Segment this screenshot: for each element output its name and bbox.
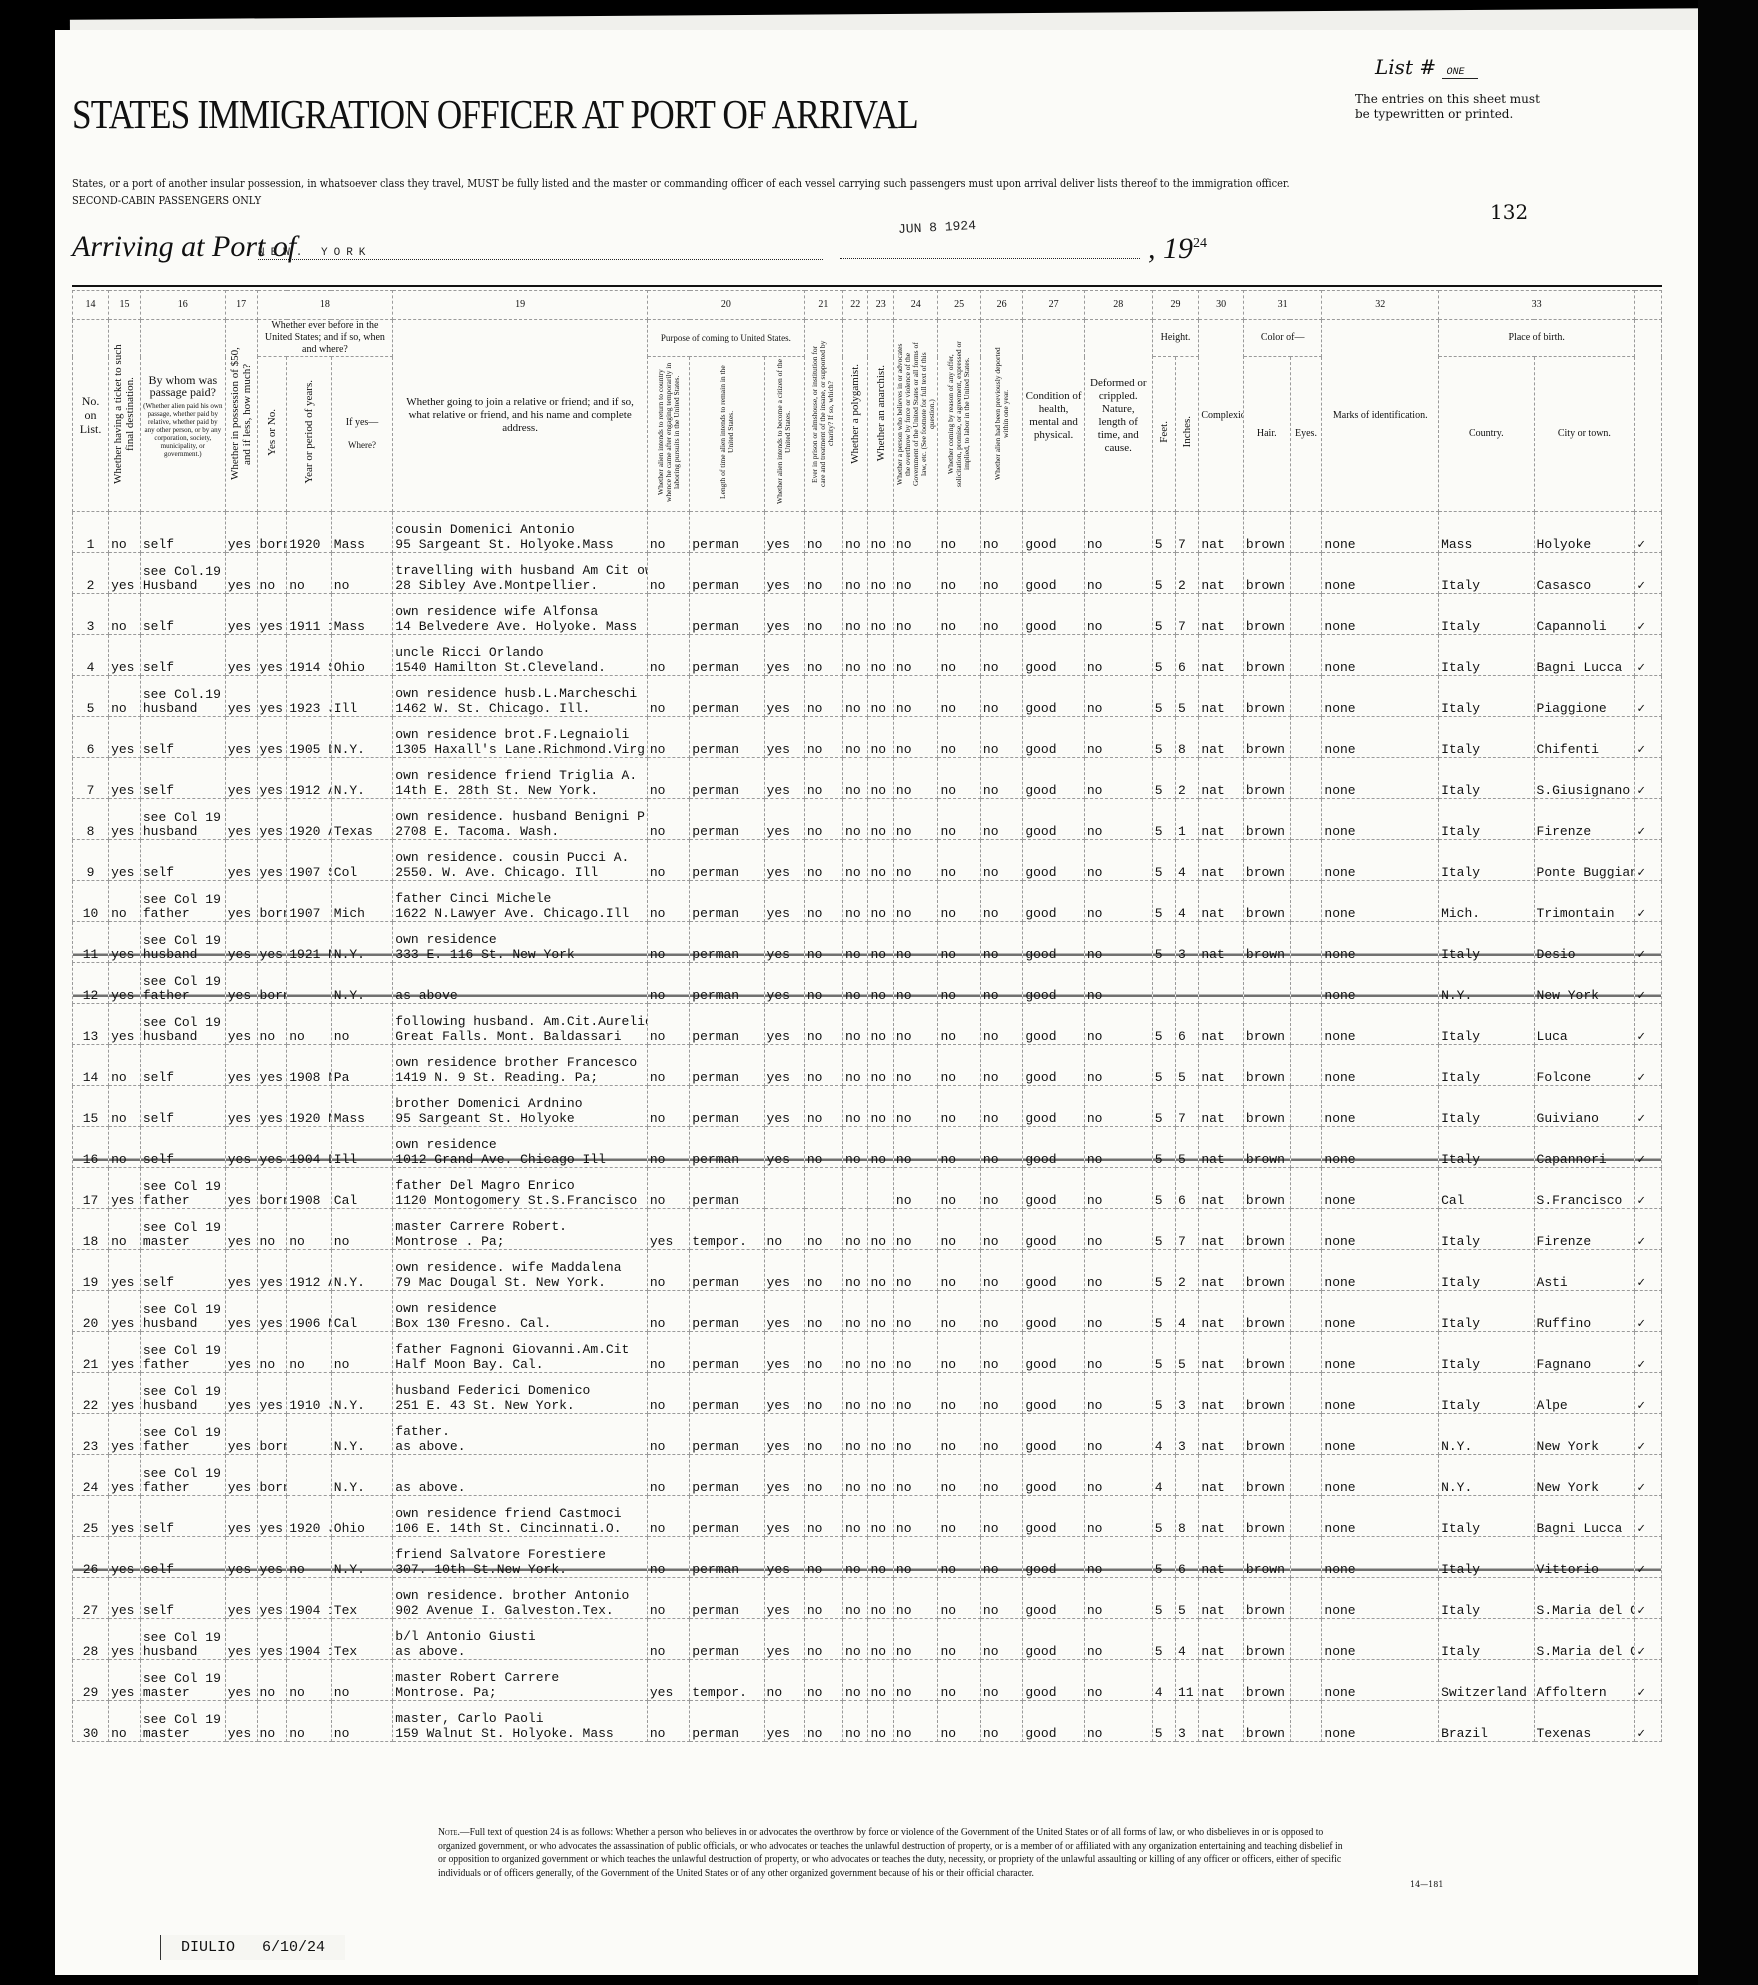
complexion-cell: nat: [1199, 553, 1244, 594]
ever-before-cell: yes: [257, 1537, 287, 1578]
prison-cell: no: [804, 1496, 842, 1537]
polygamist-cell: no: [843, 1578, 868, 1619]
ticket-cell: yes: [109, 922, 141, 963]
overthrow-cell: no: [893, 1127, 938, 1168]
inches-cell: 3: [1176, 1414, 1199, 1455]
city-cell: Guiviano: [1534, 1086, 1635, 1127]
feet-cell: 5: [1152, 1373, 1175, 1414]
anarchist-cell: no: [868, 1619, 893, 1660]
fifty-dollars-cell: yes: [225, 1496, 257, 1537]
health-cell: good: [1023, 799, 1085, 840]
labor-offer-cell: no: [938, 1496, 980, 1537]
feet-cell: 5: [1152, 1250, 1175, 1291]
column-header-row: No. on List. Whether having a ticket to …: [73, 320, 1662, 357]
inches-cell: 3: [1176, 1373, 1199, 1414]
deported-cell: no: [980, 1414, 1022, 1455]
polygamist-cell: no: [843, 1660, 868, 1701]
eyes-cell: [1290, 881, 1322, 922]
year-cell: 1908: [287, 1168, 332, 1209]
return-cell: yes: [647, 1660, 689, 1701]
deformed-cell: no: [1084, 1537, 1152, 1578]
where-cell: N.Y.: [331, 1250, 393, 1291]
return-cell: no: [647, 1619, 689, 1660]
inches-cell: 4: [1176, 840, 1199, 881]
list-number: List # ONE: [1375, 55, 1478, 79]
citizen-cell: yes: [764, 881, 804, 922]
ever-before-cell: no: [257, 1332, 287, 1373]
length-cell: perman: [690, 1127, 764, 1168]
hair-cell: brown: [1243, 1045, 1290, 1086]
anarchist-cell: no: [868, 1537, 893, 1578]
anarchist-cell: no: [868, 635, 893, 676]
feet-cell: 5: [1152, 758, 1175, 799]
length-cell: perman: [690, 1414, 764, 1455]
join-relative-cell: father Cinci Michele1622 N.Lawyer Ave. C…: [393, 881, 648, 922]
polygamist-cell: no: [843, 553, 868, 594]
citizen-cell: yes: [764, 676, 804, 717]
country-cell: Italy: [1439, 1332, 1534, 1373]
ever-before-cell: yes: [257, 1578, 287, 1619]
city-cell: Capannori: [1534, 1127, 1635, 1168]
citizen-cell: yes: [764, 922, 804, 963]
year-cell: [287, 1414, 332, 1455]
year-cell: 1908 Nov 1923: [287, 1045, 332, 1086]
ticket-cell: yes: [109, 717, 141, 758]
hair-cell: brown: [1243, 1291, 1290, 1332]
deported-cell: no: [980, 1332, 1022, 1373]
marks-cell: none: [1322, 1209, 1439, 1250]
paid-by-cell: self: [140, 1537, 225, 1578]
eyes-cell: [1290, 676, 1322, 717]
hair-cell: brown: [1243, 1455, 1290, 1496]
check-mark-icon: ✓: [1635, 1578, 1662, 1619]
col-num-21: 21: [804, 291, 842, 320]
citizen-cell: no: [764, 1209, 804, 1250]
inches-cell: 5: [1176, 1578, 1199, 1619]
country-cell: Mich.: [1439, 881, 1534, 922]
return-cell: no: [647, 881, 689, 922]
table-row: 7yesselfyesyes1912 Aug 1923N.Y.own resid…: [73, 758, 1662, 799]
paid-by-cell: see Col 19father: [140, 1332, 225, 1373]
header-marks: Marks of identification.: [1322, 320, 1439, 512]
labor-offer-cell: no: [938, 1414, 980, 1455]
length-cell: perman: [690, 1045, 764, 1086]
anarchist-cell: no: [868, 1578, 893, 1619]
inches-cell: 7: [1176, 594, 1199, 635]
fifty-dollars-cell: yes: [225, 1414, 257, 1455]
feet-cell: 5: [1152, 1168, 1175, 1209]
marks-cell: none: [1322, 1414, 1439, 1455]
anarchist-cell: no: [868, 512, 893, 553]
complexion-cell: nat: [1199, 512, 1244, 553]
table-row: 30nosee Col 19masteryesnononomaster, Car…: [73, 1701, 1662, 1742]
table-row: 18nosee Col 19masteryesnononomaster Carr…: [73, 1209, 1662, 1250]
health-cell: good: [1023, 1701, 1085, 1742]
header-feet: Feet.: [1152, 357, 1175, 512]
labor-offer-cell: no: [938, 676, 980, 717]
join-relative-cell: following husband. Am.Cit.AurelioGreat F…: [393, 1004, 648, 1045]
year-cell: 1907 Sept 1923: [287, 840, 332, 881]
fifty-dollars-cell: yes: [225, 922, 257, 963]
anarchist-cell: no: [868, 799, 893, 840]
header-deported: Whether alien had been previously deport…: [980, 320, 1022, 512]
overthrow-cell: no: [893, 1578, 938, 1619]
country-cell: Italy: [1439, 594, 1534, 635]
polygamist-cell: no: [843, 1373, 868, 1414]
header-country: Country.: [1439, 357, 1534, 512]
anarchist-cell: no: [868, 1250, 893, 1291]
ticket-cell: yes: [109, 963, 141, 1004]
eyes-cell: [1290, 1455, 1322, 1496]
header-labor-offer: Whether coming by reason of any offer, s…: [938, 320, 980, 512]
table-row: 4yesselfyesyes1914 Sept 1923Ohiouncle Ri…: [73, 635, 1662, 676]
citizen-cell: yes: [764, 1086, 804, 1127]
ticket-cell: yes: [109, 1373, 141, 1414]
eyes-cell: [1290, 758, 1322, 799]
citizen-cell: yes: [764, 1291, 804, 1332]
where-cell: Mass: [331, 512, 393, 553]
hair-cell: brown: [1243, 881, 1290, 922]
anarchist-cell: no: [868, 1004, 893, 1045]
complexion-cell: nat: [1199, 1537, 1244, 1578]
paid-by-cell: self: [140, 1250, 225, 1291]
year-cell: 1907: [287, 881, 332, 922]
col-num-19: 19: [393, 291, 648, 320]
entries-notice: The entries on this sheet must be typewr…: [1355, 92, 1540, 122]
eyes-cell: [1290, 1127, 1322, 1168]
feet-cell: 5: [1152, 635, 1175, 676]
inches-cell: 3: [1176, 1701, 1199, 1742]
anarchist-cell: no: [868, 594, 893, 635]
length-cell: tempor.: [690, 1209, 764, 1250]
inches-cell: 5: [1176, 1045, 1199, 1086]
table-row: 10nosee Col 19fatheryesborn in1907Michfa…: [73, 881, 1662, 922]
fifty-dollars-cell: yes: [225, 1004, 257, 1045]
check-mark-icon: ✓: [1635, 1209, 1662, 1250]
check-mark-icon: ✓: [1635, 1127, 1662, 1168]
ever-before-cell: no: [257, 1660, 287, 1701]
feet-cell: 5: [1152, 717, 1175, 758]
complexion-cell: nat: [1199, 1209, 1244, 1250]
deformed-cell: no: [1084, 963, 1152, 1004]
anarchist-cell: no: [868, 553, 893, 594]
inches-cell: 7: [1176, 512, 1199, 553]
prison-cell: no: [804, 963, 842, 1004]
marks-cell: none: [1322, 1332, 1439, 1373]
deformed-cell: no: [1084, 635, 1152, 676]
marks-cell: none: [1322, 512, 1439, 553]
deformed-cell: no: [1084, 594, 1152, 635]
check-mark-icon: ✓: [1635, 1537, 1662, 1578]
table-row: 5nosee Col.19husbandyesyes1923 June 1923…: [73, 676, 1662, 717]
row-number: 23: [73, 1414, 109, 1455]
header-yes-no: Yes or No.: [257, 357, 287, 512]
join-relative-cell: own residence brot.F.Legnaioli1305 Haxal…: [393, 717, 648, 758]
complexion-cell: nat: [1199, 1619, 1244, 1660]
feet-cell: 5: [1152, 676, 1175, 717]
deported-cell: no: [980, 1660, 1022, 1701]
ever-before-cell: yes: [257, 1086, 287, 1127]
deformed-cell: no: [1084, 717, 1152, 758]
marks-cell: none: [1322, 1455, 1439, 1496]
ticket-cell: yes: [109, 840, 141, 881]
city-cell: New York: [1534, 1414, 1635, 1455]
return-cell: no: [647, 676, 689, 717]
table-row: 20yessee Col 19husbandyesyes1906 May 192…: [73, 1291, 1662, 1332]
country-cell: Italy: [1439, 1496, 1534, 1537]
check-mark-icon: ✓: [1635, 1619, 1662, 1660]
table-row: 14noselfyesyes1908 Nov 1923Paown residen…: [73, 1045, 1662, 1086]
deformed-cell: no: [1084, 840, 1152, 881]
hair-cell: brown: [1243, 676, 1290, 717]
where-cell: no: [331, 1660, 393, 1701]
feet-cell: 4: [1152, 1455, 1175, 1496]
column-number-row: 14 15 16 17 18 19 20 21 22 23 24 25 26 2…: [73, 291, 1662, 320]
col-num-29: 29: [1152, 291, 1199, 320]
hair-cell: brown: [1243, 594, 1290, 635]
city-cell: Trimontain: [1534, 881, 1635, 922]
col-num-31: 31: [1243, 291, 1321, 320]
deported-cell: no: [980, 881, 1022, 922]
return-cell: no: [647, 799, 689, 840]
col-num-33: 33: [1439, 291, 1635, 320]
health-cell: good: [1023, 1537, 1085, 1578]
return-cell: no: [647, 635, 689, 676]
health-cell: good: [1023, 1373, 1085, 1414]
col-num-28: 28: [1084, 291, 1152, 320]
join-relative-cell: uncle Ricci Orlando1540 Hamilton St.Clev…: [393, 635, 648, 676]
deported-cell: no: [980, 1455, 1022, 1496]
feet-cell: 5: [1152, 1496, 1175, 1537]
deformed-cell: no: [1084, 1701, 1152, 1742]
hair-cell: brown: [1243, 799, 1290, 840]
year-cell: 1904 Dec: [287, 1127, 332, 1168]
ticket-cell: yes: [109, 1332, 141, 1373]
join-relative-cell: master Robert CarrereMontrose. Pa;: [393, 1660, 648, 1701]
col-num-18: 18: [257, 291, 393, 320]
check-mark-icon: ✓: [1635, 922, 1662, 963]
return-cell: no: [647, 1578, 689, 1619]
fifty-dollars-cell: yes: [225, 1250, 257, 1291]
marks-cell: none: [1322, 1373, 1439, 1414]
eyes-cell: [1290, 1332, 1322, 1373]
deported-cell: no: [980, 1086, 1022, 1127]
table-row: 16noselfyesyes1904 DecIllown residence10…: [73, 1127, 1662, 1168]
where-cell: N.Y.: [331, 1537, 393, 1578]
labor-offer-cell: no: [938, 1373, 980, 1414]
length-cell: perman: [690, 1455, 764, 1496]
check-mark-icon: ✓: [1635, 635, 1662, 676]
ever-before-cell: yes: [257, 717, 287, 758]
year-cell: 1912 April 1924: [287, 1250, 332, 1291]
ticket-cell: no: [109, 594, 141, 635]
inches-cell: 4: [1176, 881, 1199, 922]
where-cell: Col: [331, 840, 393, 881]
polygamist-cell: no: [843, 594, 868, 635]
join-relative-cell: own residence brother Francesco1419 N. 9…: [393, 1045, 648, 1086]
deformed-cell: no: [1084, 1332, 1152, 1373]
where-cell: N.Y.: [331, 758, 393, 799]
row-number: 13: [73, 1004, 109, 1045]
feet-cell: 5: [1152, 840, 1175, 881]
city-cell: Affoltern: [1534, 1660, 1635, 1701]
inches-cell: 2: [1176, 758, 1199, 799]
year-cell: 1923 June 1923: [287, 676, 332, 717]
inches-cell: 2: [1176, 1250, 1199, 1291]
marks-cell: none: [1322, 1045, 1439, 1086]
eyes-cell: [1290, 594, 1322, 635]
citizen-cell: yes: [764, 1578, 804, 1619]
header-anarchist: Whether an anarchist.: [868, 320, 893, 512]
join-relative-cell: cousin Domenici Antonio95 Sargeant St. H…: [393, 512, 648, 553]
feet-cell: 5: [1152, 1537, 1175, 1578]
fifty-dollars-cell: yes: [225, 1086, 257, 1127]
length-cell: perman: [690, 1332, 764, 1373]
citizen-cell: yes: [764, 635, 804, 676]
year-cell: 1920 Jan 1924: [287, 1496, 332, 1537]
length-cell: perman: [690, 1496, 764, 1537]
where-cell: no: [331, 1701, 393, 1742]
row-number: 28: [73, 1619, 109, 1660]
prison-cell: no: [804, 1250, 842, 1291]
join-relative-cell: own residenceBox 130 Fresno. Cal.: [393, 1291, 648, 1332]
prison-cell: no: [804, 594, 842, 635]
complexion-cell: nat: [1199, 635, 1244, 676]
country-cell: Italy: [1439, 1004, 1534, 1045]
year-cell: 1910 June 1920: [287, 1373, 332, 1414]
join-relative-cell: own residence. husband Benigni P.2708 E.…: [393, 799, 648, 840]
overthrow-cell: no: [893, 1209, 938, 1250]
anarchist-cell: no: [868, 1373, 893, 1414]
ever-before-cell: yes: [257, 635, 287, 676]
marks-cell: none: [1322, 1250, 1439, 1291]
labor-offer-cell: no: [938, 1619, 980, 1660]
microfilm-label: DIULIO 6/10/24: [160, 1935, 345, 1960]
col-num-20: 20: [647, 291, 804, 320]
return-cell: [647, 594, 689, 635]
deported-cell: no: [980, 799, 1022, 840]
ticket-cell: yes: [109, 1414, 141, 1455]
header-hair: Hair.: [1243, 357, 1290, 512]
labor-offer-cell: no: [938, 963, 980, 1004]
port-field: NEW. YORK: [258, 247, 823, 260]
check-mark-icon: ✓: [1635, 553, 1662, 594]
length-cell: perman: [690, 553, 764, 594]
labor-offer-cell: no: [938, 1291, 980, 1332]
deported-cell: no: [980, 1578, 1022, 1619]
complexion-cell: nat: [1199, 1168, 1244, 1209]
deformed-cell: no: [1084, 1045, 1152, 1086]
join-relative-cell: father Fagnoni Giovanni.Am.CitHalf Moon …: [393, 1332, 648, 1373]
return-cell: no: [647, 1455, 689, 1496]
prison-cell: no: [804, 1127, 842, 1168]
citizen-cell: yes: [764, 1414, 804, 1455]
overthrow-cell: no: [893, 1537, 938, 1578]
complexion-cell: nat: [1199, 1373, 1244, 1414]
header-color-of: Color of—: [1243, 320, 1321, 357]
col-num-25: 25: [938, 291, 980, 320]
fifty-dollars-cell: yes: [225, 553, 257, 594]
deported-cell: no: [980, 1168, 1022, 1209]
ever-before-cell: born in: [257, 512, 287, 553]
table-row: 6yesselfyesyes1905 Dec 1923N.Y.own resid…: [73, 717, 1662, 758]
overthrow-cell: no: [893, 799, 938, 840]
row-number: 16: [73, 1127, 109, 1168]
marks-cell: none: [1322, 594, 1439, 635]
where-cell: no: [331, 553, 393, 594]
year-cell: no: [287, 1660, 332, 1701]
hair-cell: brown: [1243, 1209, 1290, 1250]
eyes-cell: [1290, 799, 1322, 840]
deported-cell: no: [980, 676, 1022, 717]
marks-cell: none: [1322, 1496, 1439, 1537]
header-return: Whether alien intends to return to count…: [647, 357, 689, 512]
paid-by-cell: see Col.19Husband: [140, 553, 225, 594]
header-citizen: Whether alien intends to become a citize…: [764, 357, 804, 512]
hair-cell: brown: [1243, 1086, 1290, 1127]
row-number: 26: [73, 1537, 109, 1578]
marks-cell: none: [1322, 799, 1439, 840]
city-cell: Firenze: [1534, 799, 1635, 840]
country-cell: Italy: [1439, 922, 1534, 963]
header-eyes: Eyes.: [1290, 357, 1322, 512]
row-number: 5: [73, 676, 109, 717]
labor-offer-cell: no: [938, 635, 980, 676]
city-cell: S.Maria del Giudice: [1534, 1578, 1635, 1619]
where-cell: N.Y.: [331, 1373, 393, 1414]
year-cell: 1905 Dec 1923: [287, 717, 332, 758]
hair-cell: brown: [1243, 1701, 1290, 1742]
join-relative-cell: as above: [393, 963, 648, 1004]
health-cell: good: [1023, 594, 1085, 635]
table-row: 8yessee Col 19husbandyesyes1920 Aug 1923…: [73, 799, 1662, 840]
deformed-cell: no: [1084, 1414, 1152, 1455]
marks-cell: none: [1322, 1086, 1439, 1127]
feet-cell: 5: [1152, 1086, 1175, 1127]
polygamist-cell: no: [843, 1086, 868, 1127]
deported-cell: no: [980, 1619, 1022, 1660]
deformed-cell: no: [1084, 1578, 1152, 1619]
complexion-cell: nat: [1199, 1701, 1244, 1742]
eyes-cell: [1290, 1004, 1322, 1045]
ever-before-cell: yes: [257, 799, 287, 840]
check-mark-icon: ✓: [1635, 1250, 1662, 1291]
marks-cell: none: [1322, 840, 1439, 881]
city-cell: Fagnano: [1534, 1332, 1635, 1373]
paid-by-cell: self: [140, 1578, 225, 1619]
length-cell: perman: [690, 594, 764, 635]
header-prison: Ever in prison or almshouse, or institut…: [804, 320, 842, 512]
return-cell: no: [647, 840, 689, 881]
complexion-cell: nat: [1199, 717, 1244, 758]
join-relative-cell: father Del Magro Enrico1120 Montogomery …: [393, 1168, 648, 1209]
health-cell: good: [1023, 1291, 1085, 1332]
eyes-cell: [1290, 1045, 1322, 1086]
where-cell: Tex: [331, 1578, 393, 1619]
length-cell: perman: [690, 881, 764, 922]
header-city: City or town.: [1534, 357, 1635, 512]
where-cell: N.Y.: [331, 1414, 393, 1455]
complexion-cell: nat: [1199, 1004, 1244, 1045]
length-cell: perman: [690, 512, 764, 553]
check-mark-icon: ✓: [1635, 1660, 1662, 1701]
ever-before-cell: yes: [257, 1250, 287, 1291]
header-length: Length of time alien intends to remain i…: [690, 357, 764, 512]
length-cell: tempor.: [690, 1660, 764, 1701]
hair-cell: brown: [1243, 1619, 1290, 1660]
eyes-cell: [1290, 1086, 1322, 1127]
row-number: 11: [73, 922, 109, 963]
